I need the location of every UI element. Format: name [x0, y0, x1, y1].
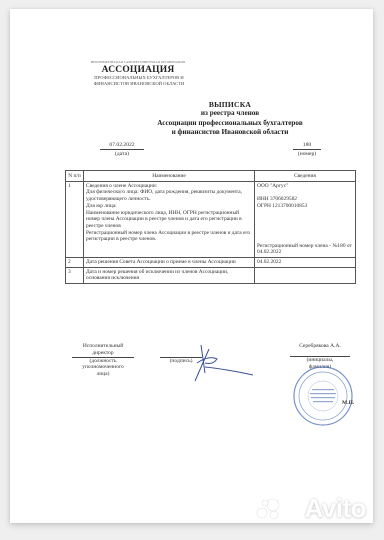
position-value-1: Исполнительный: [72, 343, 134, 350]
title-line-4: и финансистов Ивановской области: [110, 128, 350, 137]
stamp-icon: [292, 365, 354, 427]
table-row: 2 Дата решения Совета Ассоциации о прием…: [66, 257, 356, 267]
stamp-mark: М.П.: [342, 400, 354, 407]
registry-table: N п/п Наименование Сведения 1 Сведения о…: [65, 170, 356, 284]
row-num: 2: [66, 257, 84, 267]
org-subtitle: ПРОФЕССИОНАЛЬНЫХ БУХГАЛТЕРОВ И ФИНАНСИСТ…: [70, 75, 208, 86]
name-label-1: (инициалы,: [290, 356, 350, 364]
number-value: 180: [293, 142, 321, 150]
header-name: Наименование: [84, 171, 255, 182]
org-type-label: НЕКОММЕРЧЕСКАЯ САМОРЕГУЛИРУЕМАЯ ОРГАНИЗА…: [83, 60, 193, 64]
date-value: 07.02.2022: [100, 142, 144, 150]
row-info: ООО "Аргус" ИНН 3706029582 ОГРН 12137000…: [255, 181, 356, 257]
table-header-row: N п/п Наименование Сведения: [66, 171, 356, 182]
document-page: НЕКОММЕРЧЕСКАЯ САМОРЕГУЛИРУЕМАЯ ОРГАНИЗА…: [10, 9, 373, 523]
row-name: Сведения о члене Ассоциации: Для физичес…: [84, 181, 255, 257]
name-value: Серебрякова А.А.: [290, 343, 350, 350]
date-label: (дата): [100, 151, 144, 157]
date-field: 07.02.2022 (дата): [100, 142, 144, 157]
header-num: N п/п: [66, 171, 84, 182]
position-block: Исполнительный директор (должность уполн…: [72, 343, 134, 378]
number-field: 180 (номер): [293, 142, 321, 157]
avito-logo-icon: [256, 498, 282, 520]
org-title: АССОЦИАЦИЯ: [83, 65, 193, 75]
avito-watermark: Avito: [304, 493, 366, 524]
title-line-3: Ассоциации профессиональных бухгалтеров: [110, 119, 350, 128]
member-ogrn: ОГРН 1213700010853: [257, 203, 353, 210]
position-label-1: (должность: [72, 357, 134, 365]
member-inn: ИНН 3706029582: [257, 196, 353, 203]
title-line-2: из реестра членов: [110, 109, 350, 118]
position-value-2: директор: [72, 350, 134, 357]
member-reg-number: Регистрационный номер члена - №180 от 04…: [257, 243, 353, 256]
title-line-1: ВЫПИСКА: [110, 100, 350, 109]
document-title: ВЫПИСКА из реестра членов Ассоциации про…: [110, 100, 350, 138]
row-name: Дата решения Совета Ассоциации о приеме …: [84, 257, 255, 267]
table-row: 1 Сведения о члене Ассоциации: Для физич…: [66, 181, 356, 257]
row-info: [255, 267, 356, 283]
member-company: ООО "Аргус": [257, 183, 353, 190]
row-num: 3: [66, 267, 84, 283]
row-info: 04.02.2022: [255, 257, 356, 267]
signature-icon: [175, 343, 255, 383]
position-label-3: лица): [72, 371, 134, 378]
header-info: Сведения: [255, 171, 356, 182]
row-name: Дата и номер решения об исключении из чл…: [84, 267, 255, 283]
number-label: (номер): [293, 151, 321, 157]
table-row: 3 Дата и номер решения об исключении из …: [66, 267, 356, 283]
row-num: 1: [66, 181, 84, 257]
